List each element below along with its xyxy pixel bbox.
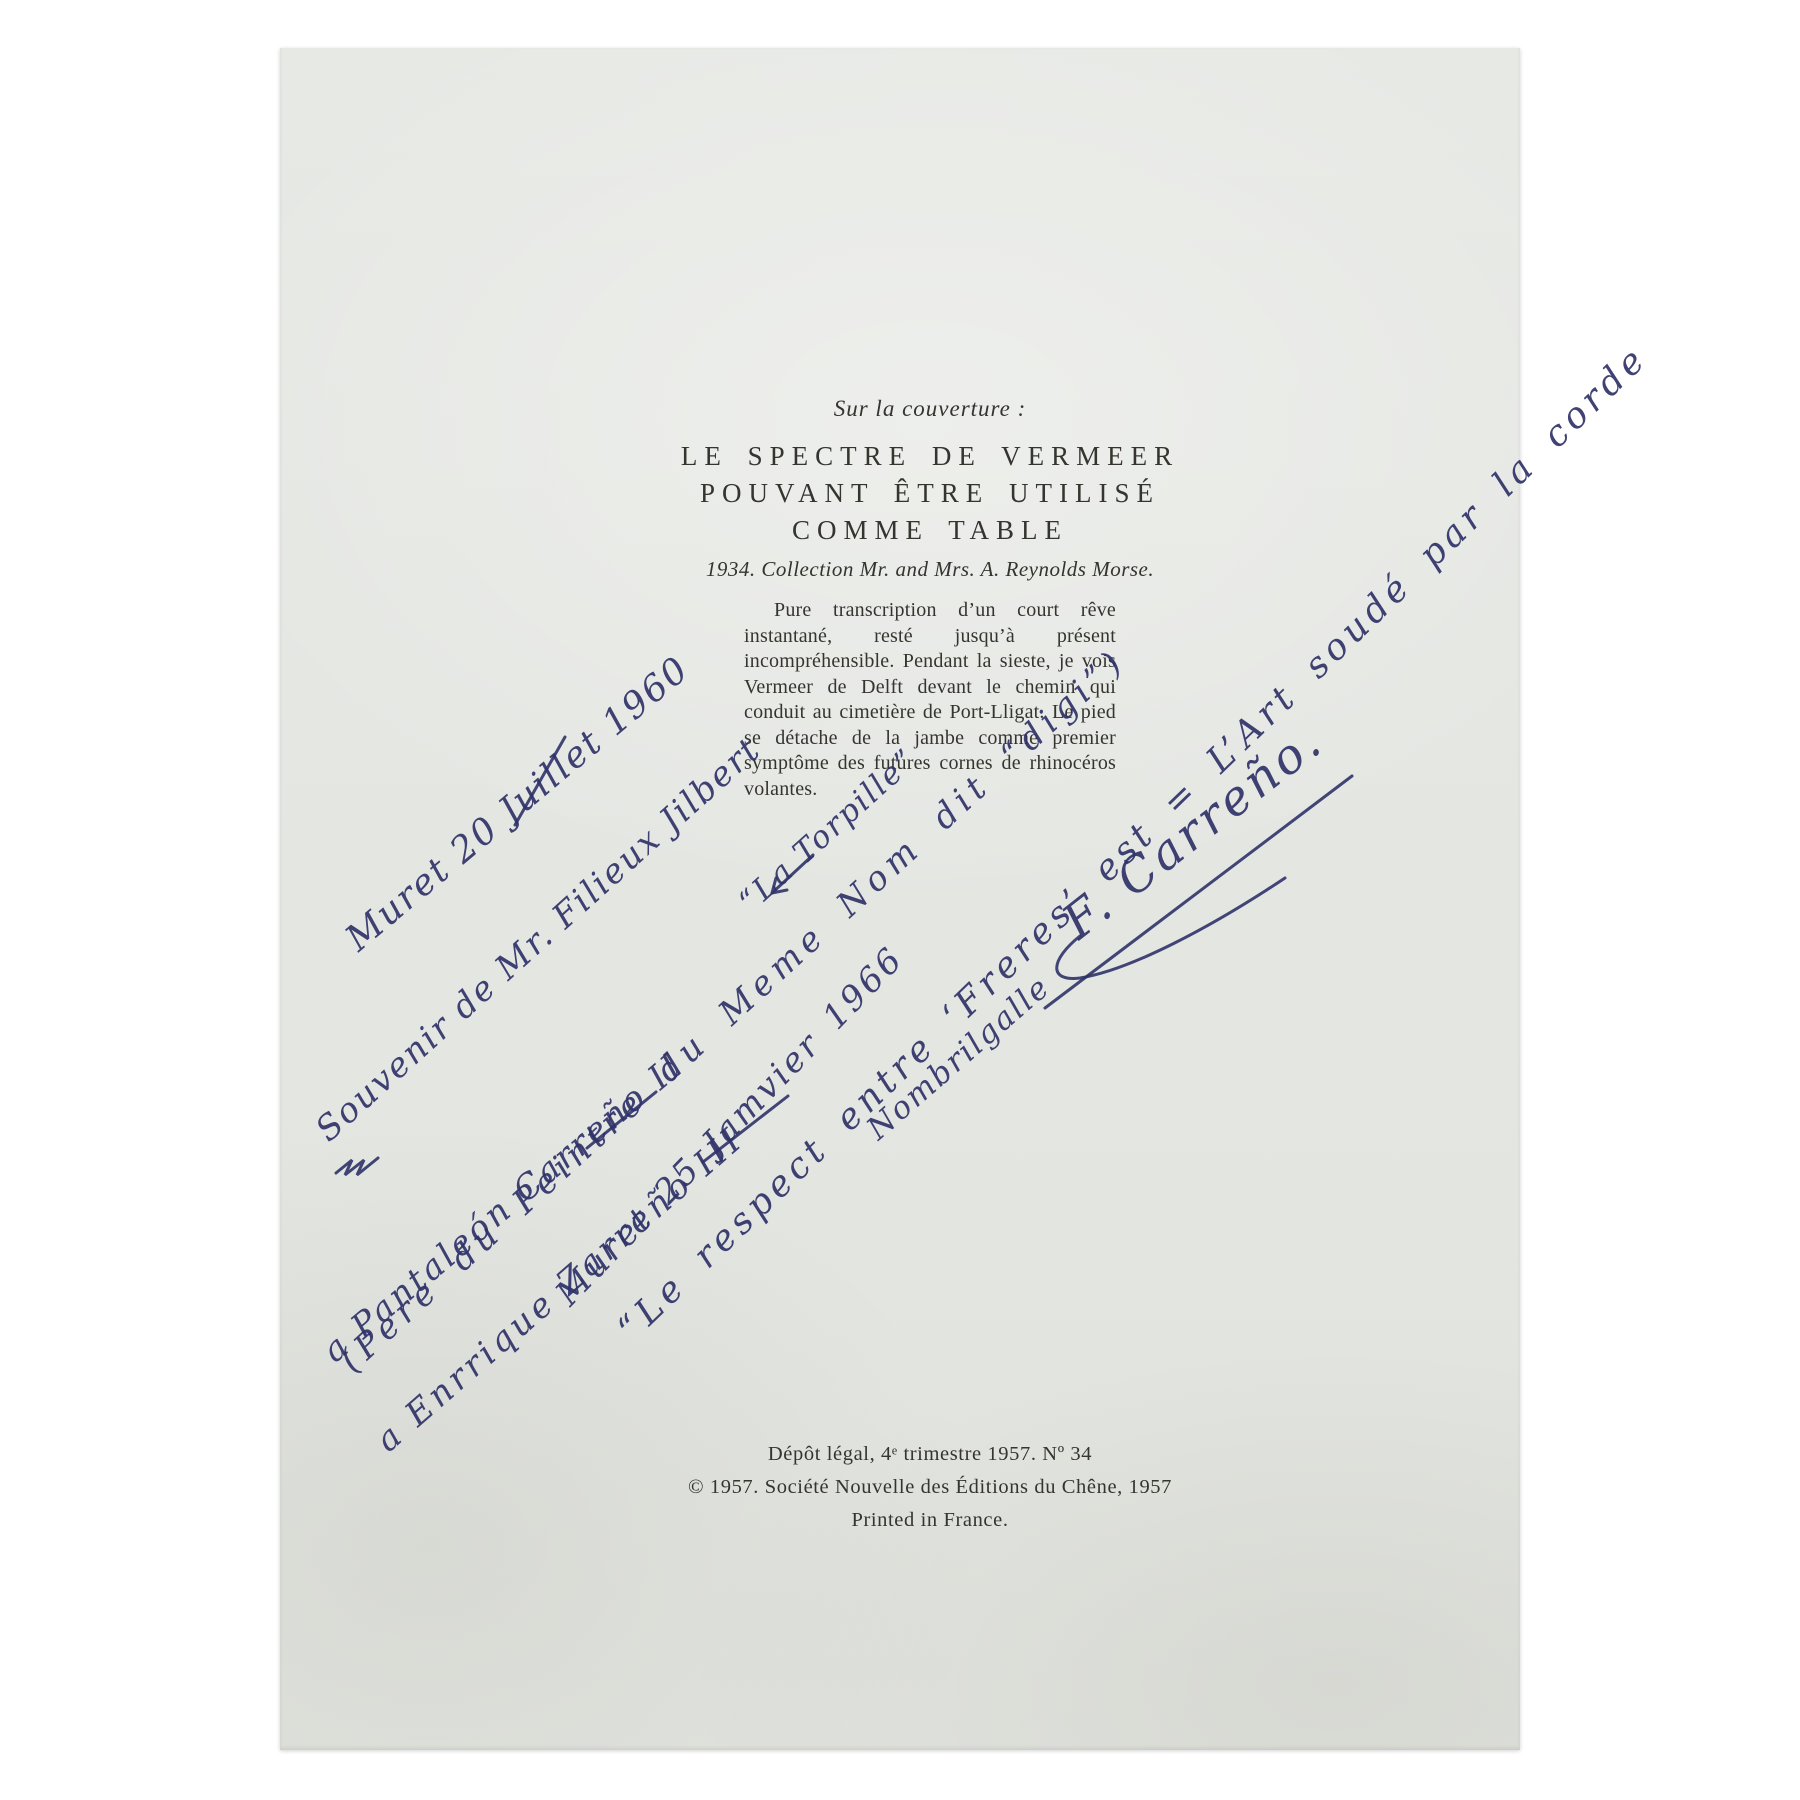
- artwork-title-line-3: COMME TABLE: [670, 512, 1190, 549]
- photo-background: Sur la couverture : LE SPECTRE DE VERMEE…: [0, 0, 1800, 1800]
- imprint-block: Dépôt légal, 4ᵉ trimestre 1957. Nº 34 © …: [670, 1438, 1190, 1537]
- imprint-copyright: © 1957. Société Nouvelle des Éditions du…: [670, 1471, 1190, 1504]
- imprint-printed-in-france: Printed in France.: [670, 1504, 1190, 1537]
- souvenir-underline-squiggle: [336, 1158, 378, 1175]
- imprint-depot-legal: Dépôt légal, 4ᵉ trimestre 1957. Nº 34: [670, 1438, 1190, 1471]
- book-page: Sur la couverture : LE SPECTRE DE VERMEE…: [280, 48, 1520, 1750]
- artwork-title-line-1: LE SPECTRE DE VERMEER: [670, 438, 1190, 475]
- handwritten-date-1960: Muret 20 Juillet 1960: [338, 649, 697, 960]
- cover-caption-kicker: Sur la couverture :: [670, 396, 1190, 422]
- artwork-credit-line: 1934. Collection Mr. and Mrs. A. Reynold…: [670, 557, 1190, 582]
- artwork-title-line-2: POUVANT ÊTRE UTILISÉ: [670, 475, 1190, 512]
